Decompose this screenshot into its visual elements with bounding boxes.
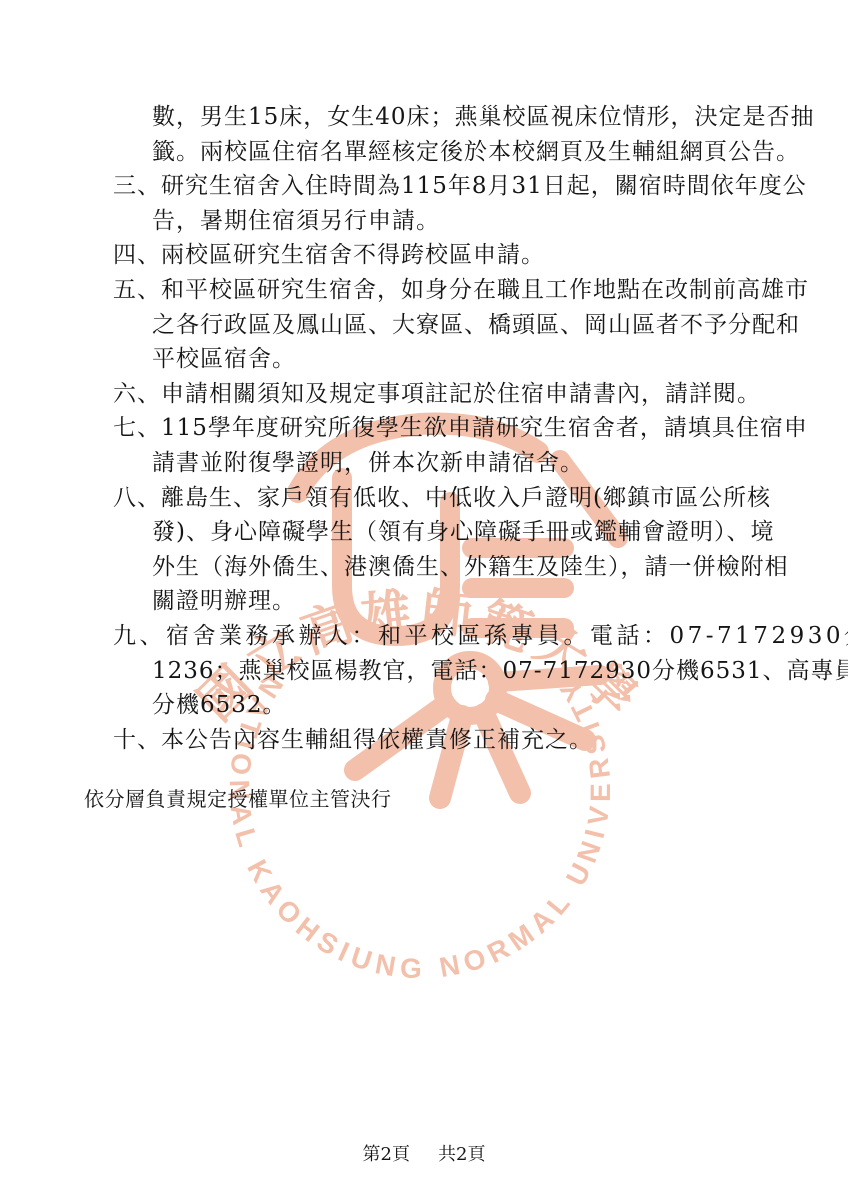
text-line: 1236；燕巢校區楊教官，電話：07-7172930分機6531、高專員 — [152, 654, 848, 689]
text-line: 之各行政區及鳳山區、大寮區、橋頭區、岡山區者不予分配和 — [152, 308, 848, 343]
text-line: 平校區宿舍。 — [152, 342, 848, 377]
text-line: 數，男生15床，女生40床；燕巢校區視床位情形，決定是否抽 — [152, 100, 848, 135]
text-line: 發)、身心障礙學生（領有身心障礙手冊或鑑輔會證明）、境 — [152, 515, 848, 550]
text-line-item-10: 十、本公告內容生輔組得依權責修正補充之。 — [113, 723, 848, 758]
text-line: 告，暑期住宿須另行申請。 — [152, 204, 848, 239]
text-line: 籤。兩校區住宿名單經核定後於本校網頁及生輔組網頁公告。 — [152, 135, 848, 170]
text-line-item-5: 五、和平校區研究生宿舍，如身分在職且工作地點在改制前高雄市 — [113, 273, 848, 308]
text-line-item-8: 八、離島生、家戶領有低收、中低收入戶證明(鄉鎮市區公所核 — [113, 481, 848, 516]
text-line-item-7: 七、115學年度研究所復學生欲申請研究生宿舍者，請填具住宿申 — [113, 411, 848, 446]
text-line-item-4: 四、兩校區研究生宿舍不得跨校區申請。 — [113, 238, 848, 273]
text-line: 分機6532。 — [152, 688, 848, 723]
text-line-item-3: 三、研究生宿舍入住時間為115年8月31日起，關宿時間依年度公 — [113, 169, 848, 204]
text-line: 關證明辦理。 — [152, 584, 848, 619]
text-line-item-6: 六、申請相關須知及規定事項註記於住宿申請書內，請詳閱。 — [113, 377, 848, 412]
announcement-body: 數，男生15床，女生40床；燕巢校區視床位情形，決定是否抽 籤。兩校區住宿名單經… — [0, 0, 848, 813]
document-page: NATIONAL KAOHSIUNG NORMAL UNIVERSITY 國立高… — [0, 0, 848, 1200]
closing-authorization-line: 依分層負責規定授權單位主管決行 — [84, 785, 848, 813]
text-line-item-9: 九、宿舍業務承辦人：和平校區孫專員。電話：07-7172930分機 — [113, 619, 848, 654]
total-pages: 共2頁 — [438, 1140, 485, 1166]
page-number: 第2頁 — [363, 1140, 410, 1166]
text-line: 請書並附復學證明，併本次新申請宿舍。 — [152, 446, 848, 481]
text-line: 外生（海外僑生、港澳僑生、外籍生及陸生），請一併檢附相 — [152, 550, 848, 585]
page-footer: 第2頁 共2頁 — [0, 1140, 848, 1166]
